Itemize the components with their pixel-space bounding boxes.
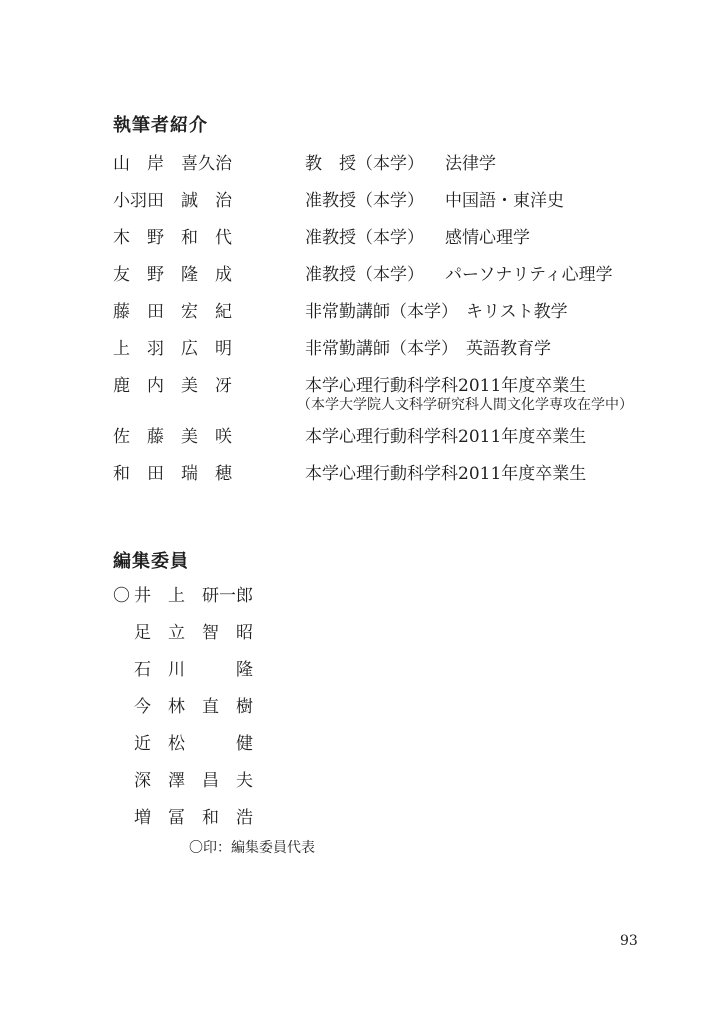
editor-chair-mark: 〇: [113, 585, 134, 607]
contributor-row: 和 田 瑞 穂本学心理行動科学科2011年度卒業生: [113, 463, 685, 485]
editor-name: 増 冨 和 浩: [134, 808, 253, 828]
contributor-role: 非常勤講師（本学）: [305, 338, 458, 360]
contributor-row: 上 羽 広 明非常勤講師（本学）英語教育学: [113, 338, 685, 360]
contributor-name: 友 野 隆 成: [113, 264, 305, 286]
contributor-field: 本学心理行動科学科2011年度卒業生: [305, 427, 586, 447]
contributor-note: （本学大学院人文科学研究科人間文化学専攻在学中）: [113, 397, 685, 413]
editor-row: 近 松 健: [113, 733, 685, 755]
editor-name: 足 立 智 昭: [134, 623, 253, 643]
contributor-role: 非常勤講師（本学）: [305, 301, 458, 323]
contributor-role: 教 授（本学）: [305, 153, 437, 175]
contributor-name: 木 野 和 代: [113, 227, 305, 249]
contributor-field: 感情心理学: [445, 228, 530, 248]
contributor-name: 山 岸 喜久治: [113, 153, 305, 175]
contributor-field: キリスト教学: [466, 302, 568, 322]
editor-name: 今 林 直 樹: [134, 697, 253, 717]
contributor-name: 鹿 内 美 冴: [113, 375, 305, 397]
contributor-role: 准教授（本学）: [305, 190, 437, 212]
contributor-row: 鹿 内 美 冴本学心理行動科学科2011年度卒業生 （本学大学院人文科学研究科人…: [113, 375, 685, 413]
contributor-row: 友 野 隆 成准教授（本学）パーソナリティ心理学: [113, 264, 685, 286]
contributor-field: 英語教育学: [466, 339, 551, 359]
editor-row: 今 林 直 樹: [113, 696, 685, 718]
editor-row: 深 澤 昌 夫: [113, 770, 685, 792]
editor-name: 深 澤 昌 夫: [134, 771, 253, 791]
contributor-field: 本学心理行動科学科2011年度卒業生: [305, 464, 586, 484]
contributor-name: 和 田 瑞 穂: [113, 463, 305, 485]
editor-row: 石 川 隆: [113, 659, 685, 681]
contributor-row: 山 岸 喜久治教 授（本学）法律学: [113, 153, 685, 175]
document-page: 執筆者紹介 山 岸 喜久治教 授（本学）法律学 小羽田 誠 治准教授（本学）中国…: [0, 0, 725, 856]
contributors-heading: 執筆者紹介: [113, 0, 685, 136]
editors-heading: 編集委員: [113, 552, 685, 572]
contributor-name: 小羽田 誠 治: [113, 190, 305, 212]
contributor-row: 佐 藤 美 咲本学心理行動科学科2011年度卒業生: [113, 426, 685, 448]
editor-row: 〇井 上 研一郎: [113, 585, 685, 607]
contributor-name: 佐 藤 美 咲: [113, 426, 305, 448]
editor-row: 増 冨 和 浩: [113, 807, 685, 829]
contributor-role: 准教授（本学）: [305, 227, 437, 249]
contributor-name: 上 羽 広 明: [113, 338, 305, 360]
editor-name: 石 川 隆: [134, 660, 253, 680]
contributor-row: 小羽田 誠 治准教授（本学）中国語・東洋史: [113, 190, 685, 212]
contributor-field: パーソナリティ心理学: [445, 265, 613, 285]
contributor-row: 木 野 和 代准教授（本学）感情心理学: [113, 227, 685, 249]
contributor-row: 藤 田 宏 紀非常勤講師（本学）キリスト教学: [113, 301, 685, 323]
editors-footnote: 〇印：編集委員代表: [113, 840, 685, 856]
contributor-role: 准教授（本学）: [305, 264, 437, 286]
page-number: 93: [620, 933, 638, 949]
contributor-name: 藤 田 宏 紀: [113, 301, 305, 323]
editor-name: 近 松 健: [134, 734, 253, 754]
editor-name: 井 上 研一郎: [134, 586, 253, 606]
contributor-field: 法律学: [445, 154, 496, 174]
editor-row: 足 立 智 昭: [113, 622, 685, 644]
contributor-field: 中国語・東洋史: [445, 191, 564, 211]
contributor-field: 本学心理行動科学科2011年度卒業生: [305, 376, 586, 396]
